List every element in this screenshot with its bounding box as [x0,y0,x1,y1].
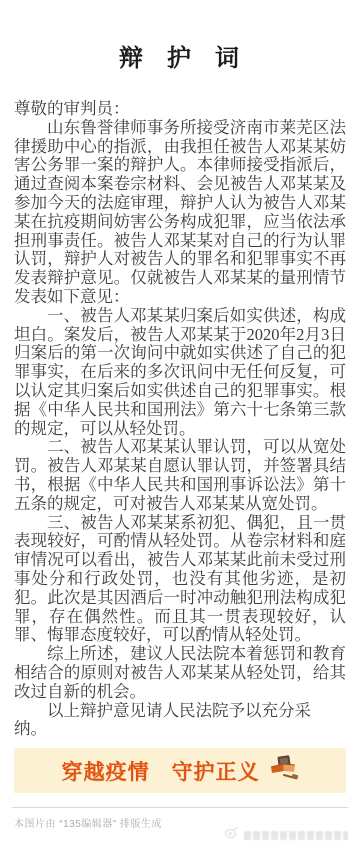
slogan-banner: 穿越疫情 守护正义 [14,748,346,793]
document-body: 尊敬的审判员： 山东鲁誉律师事务所接受济南市莱芜区法律援助中心的指派，由我担任被… [14,100,346,739]
paragraph-point-3: 三、被告人邓某某系初犯、偶犯，且一贯表现较好，可酌情从轻处罚。从卷宗材料和庭审情… [14,514,346,646]
page-title: 辩 护 词 [0,43,360,75]
slogan-text: 穿越疫情 守护正义 [62,756,260,786]
paragraph-closing: 以上辩护意见请人民法院予以充分采纳。 [14,702,346,740]
salutation: 尊敬的审判员： [14,100,346,119]
watermark-text-illegible [244,831,348,840]
paragraph-introduction: 山东鲁誉律师事务所接受济南市莱芜区法律援助中心的指派，由我担任被告人邓某某妨害公… [14,119,346,307]
weibo-watermark-icon [224,826,239,844]
weibo-watermark [224,826,348,844]
footer-divider [12,807,348,808]
paragraph-conclusion: 综上所述，建议人民法院本着惩罚和教育相结合的原则对被告人邓某某从轻处罚，给其改过… [14,645,346,701]
paragraph-point-1: 一、被告人邓某某归案后如实供述，构成坦白。案发后，被告人邓某某于2020年2月3… [14,307,346,439]
document-page: 辩 护 词 尊敬的审判员： 山东鲁誉律师事务所接受济南市莱芜区法律援助中心的指派… [0,0,360,851]
paragraph-point-2: 二、被告人邓某某认罪认罚，可以从宽处罚。被告人邓某某自愿认罪认罚，并签署具结书，… [14,438,346,513]
law-book-gavel-icon [269,755,299,786]
